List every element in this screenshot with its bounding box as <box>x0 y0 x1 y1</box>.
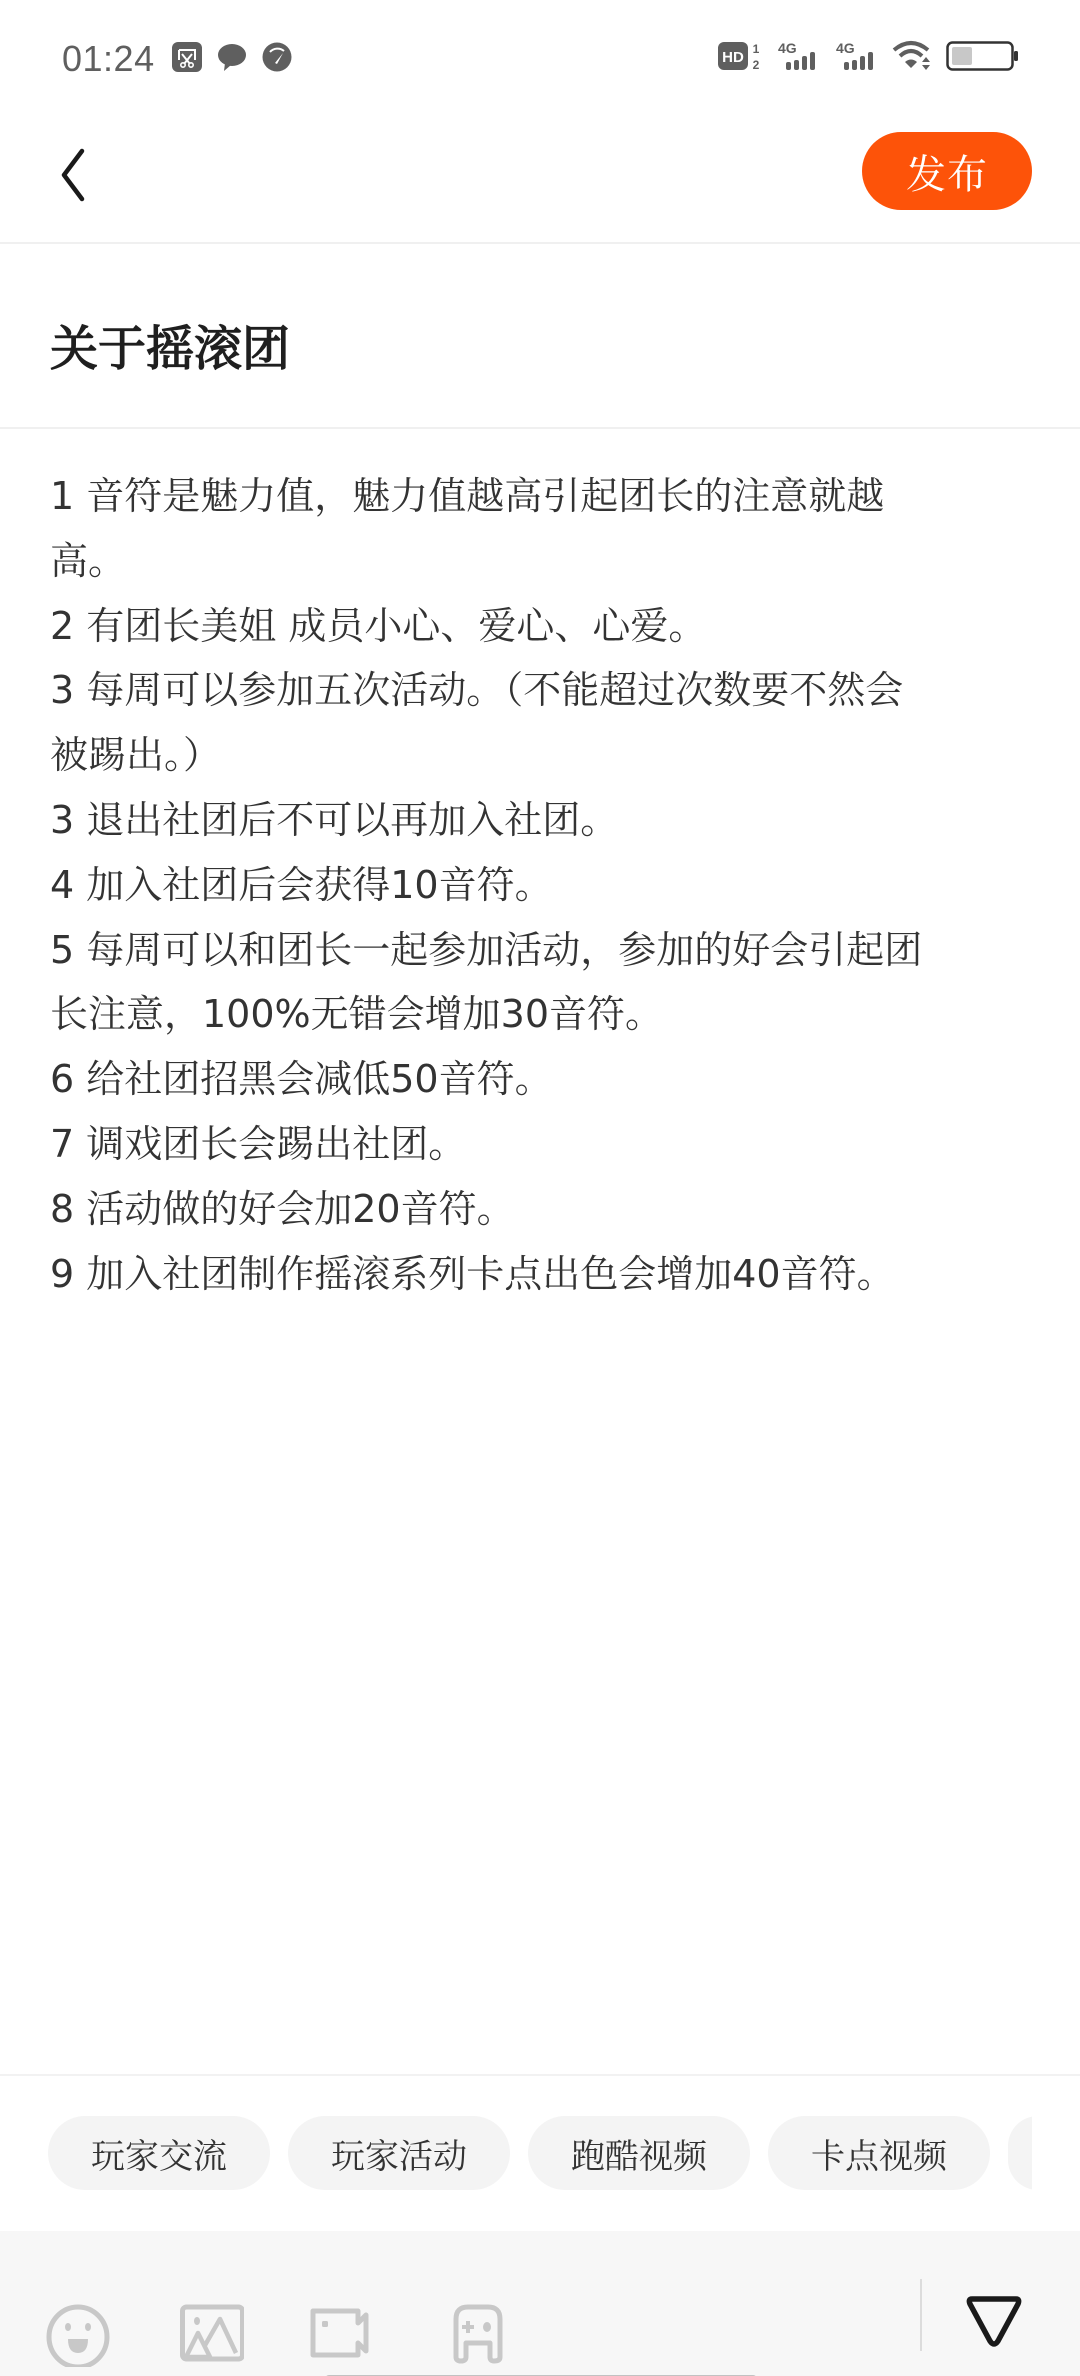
svg-text:4G: 4G <box>778 40 797 56</box>
status-bar: 01:24 HD12 4G 4G <box>0 0 1080 115</box>
body-line: 3 每周可以参加五次活动。（不能超过次数要不然会 <box>50 658 1040 723</box>
compose-toolbar <box>0 2231 1080 2376</box>
body-line: 9 加入社团制作摇滚系列卡点出色会增加40音符。 <box>50 1242 1040 1307</box>
wifi-icon <box>892 40 932 76</box>
emoji-icon <box>46 2303 110 2367</box>
body-line: 7 调戏团长会踢出社团。 <box>50 1112 1040 1177</box>
body-line: 6 给社团招黑会减低50音符。 <box>50 1047 1040 1112</box>
battery-icon <box>946 40 1020 76</box>
topic-tag-bar[interactable]: 玩家交流 玩家活动 跑酷视频 卡点视频 <box>48 2116 1032 2190</box>
title-divider <box>0 427 1080 429</box>
tag-chip-more[interactable] <box>1008 2116 1032 2190</box>
toolbar-divider <box>920 2279 922 2351</box>
status-time: 01:24 <box>62 38 155 80</box>
speedometer-icon <box>262 42 292 76</box>
emoji-button[interactable] <box>46 2303 110 2367</box>
signal-4g-sim1-icon: 4G <box>776 40 820 76</box>
publish-button[interactable]: 发布 <box>862 132 1032 210</box>
tags-divider <box>0 2074 1080 2076</box>
tag-chip-beat-sync-video[interactable]: 卡点视频 <box>768 2116 990 2190</box>
header-divider <box>0 242 1080 244</box>
tag-chip-player-activity[interactable]: 玩家活动 <box>288 2116 510 2190</box>
body-line: 高。 <box>50 529 1040 594</box>
image-icon <box>180 2303 244 2367</box>
svg-text:4G: 4G <box>836 40 855 56</box>
body-line: 3 退出社团后不可以再加入社团。 <box>50 788 1040 853</box>
game-button[interactable] <box>446 2303 510 2367</box>
svg-text:HD: HD <box>722 49 744 66</box>
tag-chip-parkour-video[interactable]: 跑酷视频 <box>528 2116 750 2190</box>
post-body-input[interactable]: 1 音符是魅力值，魅力值越高引起团长的注意就越 高。 2 有团长美姐 成员小心、… <box>50 464 1040 1306</box>
header: 发布 <box>0 115 1080 243</box>
gamepad-icon <box>446 2303 510 2367</box>
svg-text:2: 2 <box>753 58 760 71</box>
chevron-left-icon <box>50 143 98 207</box>
video-icon <box>308 2303 378 2367</box>
signal-4g-sim2-icon: 4G <box>834 40 878 76</box>
post-title-input[interactable]: 关于摇滚团 <box>50 310 290 379</box>
message-bubble-icon <box>216 42 248 76</box>
body-line: 1 音符是魅力值，魅力值越高引起团长的注意就越 <box>50 464 1040 529</box>
image-button[interactable] <box>180 2303 244 2367</box>
body-line: 4 加入社团后会获得10音符。 <box>50 853 1040 918</box>
body-line: 8 活动做的好会加20音符。 <box>50 1177 1040 1242</box>
triangle-down-icon <box>962 2291 1026 2347</box>
body-line: 5 每周可以和团长一起参加活动，参加的好会引起团 <box>50 918 1040 983</box>
svg-text:1: 1 <box>753 42 760 56</box>
collapse-toolbar-button[interactable] <box>962 2291 1026 2347</box>
screen-clip-icon <box>172 42 202 76</box>
body-line: 被踢出。） <box>50 723 1040 788</box>
body-line: 2 有团长美姐 成员小心、爱心、心爱。 <box>50 594 1040 659</box>
hd-volte-icon: HD12 <box>718 41 762 75</box>
body-line: 长注意，100%无错会增加30音符。 <box>50 982 1040 1047</box>
back-button[interactable] <box>50 143 98 207</box>
tag-chip-player-exchange[interactable]: 玩家交流 <box>48 2116 270 2190</box>
video-button[interactable] <box>308 2303 372 2367</box>
